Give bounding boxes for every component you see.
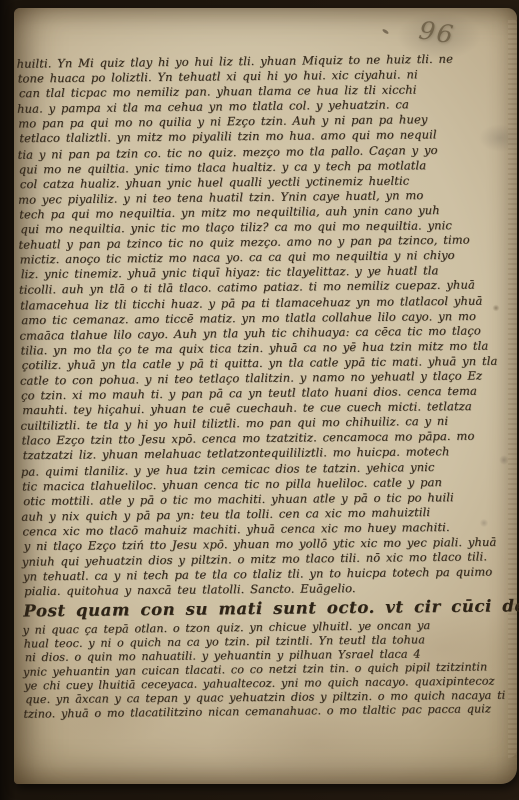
text-block: huilti. Yn Mi quiz tlay hi yo hui liz tl… — [18, 52, 497, 722]
photo-background: 96 huilti. Yn Mi quiz tlay hi yo hui liz… — [0, 0, 519, 800]
nahuatl-lower-section: y ni quac ça tepā otlan. o tzon quiz. yn… — [23, 619, 496, 721]
fore-edge-of-leaves — [508, 18, 517, 758]
nahuatl-text-section: huilti. Yn Mi quiz tlay hi yo hui liz tl… — [18, 52, 496, 600]
folio-number: 96 — [417, 15, 457, 49]
manuscript-page: 96 huilti. Yn Mi quiz tlay hi yo hui liz… — [14, 8, 517, 784]
ink-blot — [382, 28, 389, 34]
